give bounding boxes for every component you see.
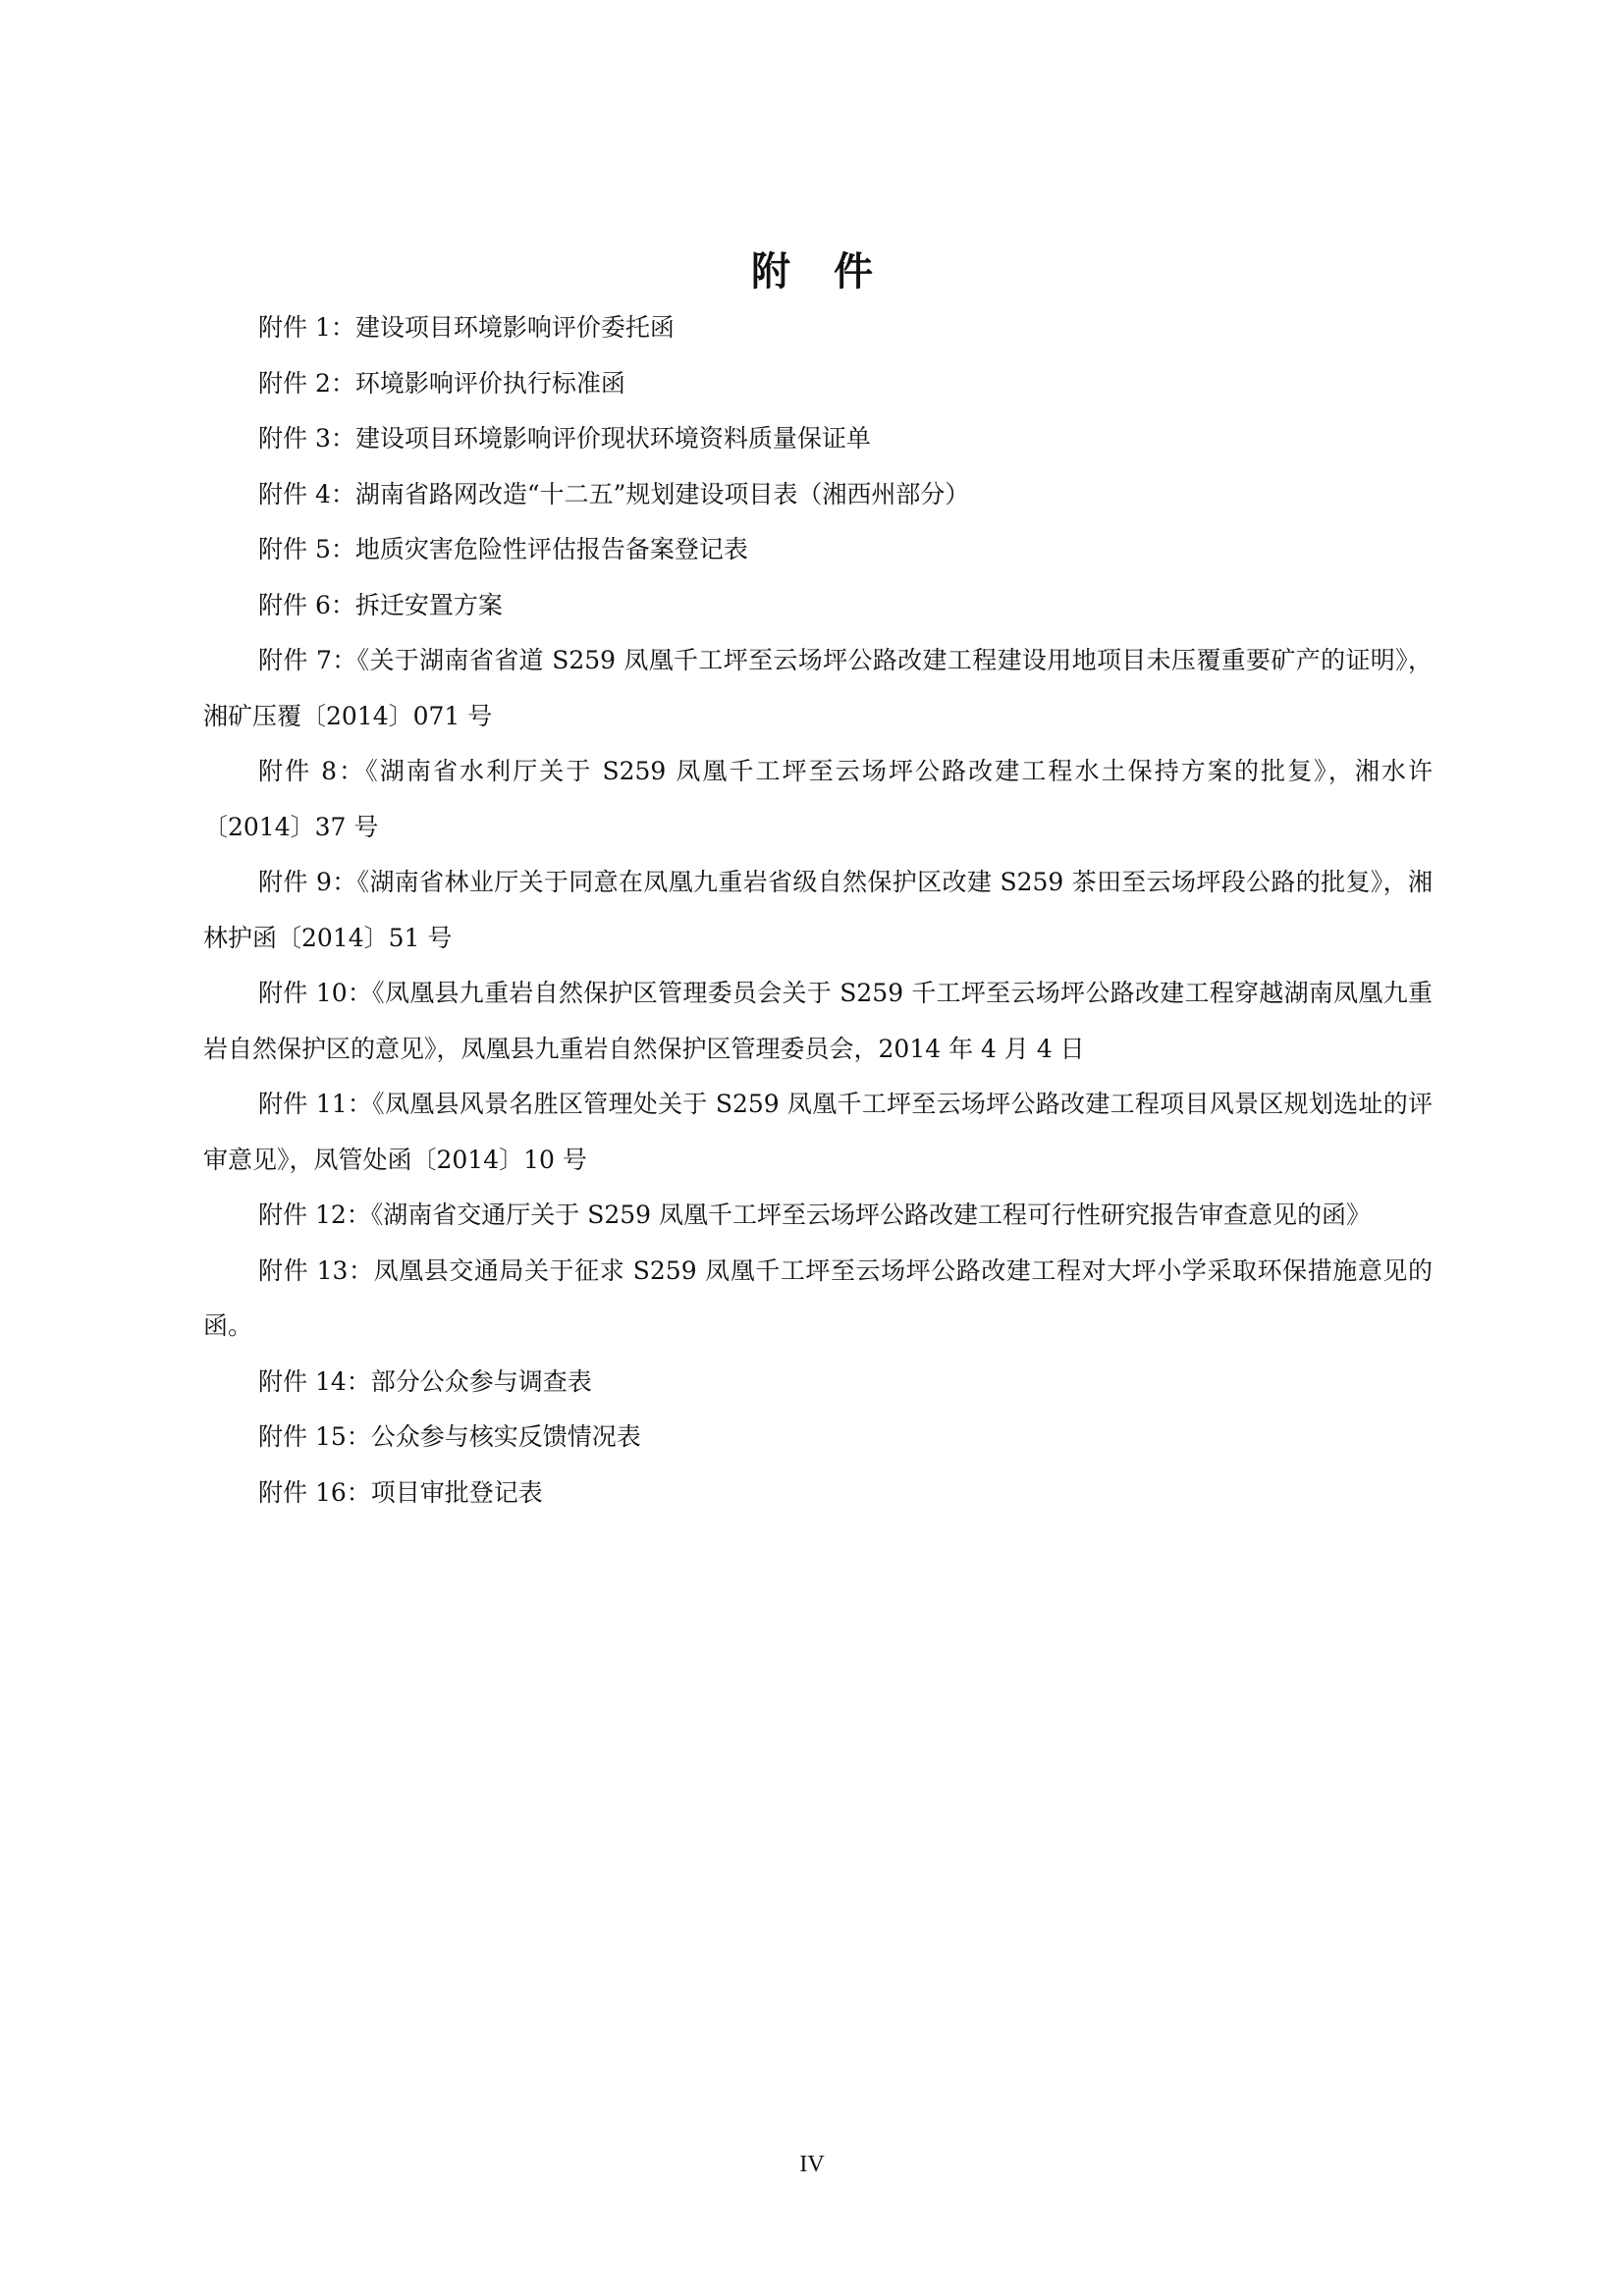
attachment-text: 项目审批登记表: [371, 1478, 543, 1507]
attachment-text: 湖南省路网改造“十二五”规划建设项目表（湘西州部分）: [355, 480, 970, 508]
attachment-label: 附件 4：: [258, 480, 355, 508]
attachment-text: 拆迁安置方案: [355, 591, 503, 619]
attachment-text: 公众参与核实反馈情况表: [371, 1422, 641, 1451]
attachment-item-8: 附件 8：《湖南省水利厅关于 S259 凤凰千工坪至云场坪公路改建工程水土保持方…: [203, 744, 1433, 855]
attachment-label: 附件 8：: [258, 757, 365, 785]
attachment-label: 附件 13：: [258, 1256, 374, 1285]
attachment-label: 附件 5：: [258, 535, 355, 563]
attachment-text: 《湖南省林业厅关于同意在凤凰九重岩省级自然保护区改建 S259 茶田至云场坪段公…: [203, 868, 1433, 952]
attachment-item-6: 附件 6：拆迁安置方案: [203, 578, 1433, 634]
attachment-label: 附件 6：: [258, 591, 355, 619]
attachment-label: 附件 1：: [258, 313, 355, 342]
attachment-label: 附件 11：: [258, 1090, 372, 1118]
page-number: IV: [0, 2152, 1624, 2178]
attachment-label: 附件 3：: [258, 424, 355, 453]
attachment-item-4: 附件 4：湖南省路网改造“十二五”规划建设项目表（湘西州部分）: [203, 467, 1433, 523]
attachment-label: 附件 12：: [258, 1201, 371, 1229]
attachment-text: 建设项目环境影响评价委托函: [355, 313, 675, 342]
attachment-item-16: 附件 16：项目审批登记表: [203, 1466, 1433, 1522]
attachment-label: 附件 2：: [258, 369, 355, 398]
attachment-item-3: 附件 3：建设项目环境影响评价现状环境资料质量保证单: [203, 411, 1433, 467]
attachment-item-14: 附件 14：部分公众参与调查表: [203, 1355, 1433, 1411]
attachment-text: 《凤凰县九重岩自然保护区管理委员会关于 S259 千工坪至云场坪公路改建工程穿越…: [203, 979, 1433, 1063]
attachment-label: 附件 15：: [258, 1422, 371, 1451]
attachment-label: 附件 7：: [258, 646, 357, 674]
title-char-2: 件: [834, 248, 873, 294]
attachment-item-9: 附件 9：《湖南省林业厅关于同意在凤凰九重岩省级自然保护区改建 S259 茶田至…: [203, 855, 1433, 966]
attachment-item-11: 附件 11：《凤凰县风景名胜区管理处关于 S259 凤凰千工坪至云场坪公路改建工…: [203, 1077, 1433, 1188]
attachment-item-12: 附件 12：《湖南省交通厅关于 S259 凤凰千工坪至云场坪公路改建工程可行性研…: [203, 1188, 1433, 1244]
attachment-text: 《关于湖南省省道 S259 凤凰千工坪至云场坪公路改建工程建设用地项目未压覆重要…: [203, 646, 1433, 730]
title-char-1: 附: [751, 248, 790, 294]
attachment-item-10: 附件 10：《凤凰县九重岩自然保护区管理委员会关于 S259 千工坪至云场坪公路…: [203, 966, 1433, 1077]
attachment-label: 附件 14：: [258, 1367, 371, 1396]
attachment-label: 附件 9：: [258, 868, 357, 896]
attachment-text: 《湖南省交通厅关于 S259 凤凰千工坪至云场坪公路改建工程可行性研究报告审查意…: [371, 1201, 1371, 1229]
attachment-text: 《凤凰县风景名胜区管理处关于 S259 凤凰千工坪至云场坪公路改建工程项目风景区…: [203, 1090, 1433, 1174]
attachment-label: 附件 16：: [258, 1478, 371, 1507]
attachment-text: 部分公众参与调查表: [371, 1367, 592, 1396]
attachment-item-5: 附件 5：地质灾害危险性评估报告备案登记表: [203, 522, 1433, 578]
attachment-item-1: 附件 1：建设项目环境影响评价委托函: [203, 300, 1433, 356]
document-page: 附件 附件 1：建设项目环境影响评价委托函 附件 2：环境影响评价执行标准函 附…: [0, 0, 1624, 2296]
page-title: 附件: [0, 244, 1624, 299]
attachment-text: 凤凰县交通局关于征求 S259 凤凰千工坪至云场坪公路改建工程对大坪小学采取环保…: [203, 1256, 1433, 1341]
attachment-item-2: 附件 2：环境影响评价执行标准函: [203, 356, 1433, 412]
attachment-item-13: 附件 13：凤凰县交通局关于征求 S259 凤凰千工坪至云场坪公路改建工程对大坪…: [203, 1244, 1433, 1355]
attachment-text: 《湖南省水利厅关于 S259 凤凰千工坪至云场坪公路改建工程水土保持方案的批复》…: [203, 757, 1433, 841]
attachment-label: 附件 10：: [258, 979, 372, 1007]
attachment-item-7: 附件 7：《关于湖南省省道 S259 凤凰千工坪至云场坪公路改建工程建设用地项目…: [203, 633, 1433, 744]
attachment-text: 环境影响评价执行标准函: [355, 369, 625, 398]
attachment-text: 地质灾害危险性评估报告备案登记表: [355, 535, 748, 563]
attachment-item-15: 附件 15：公众参与核实反馈情况表: [203, 1410, 1433, 1466]
attachment-text: 建设项目环境影响评价现状环境资料质量保证单: [355, 424, 871, 453]
attachment-list: 附件 1：建设项目环境影响评价委托函 附件 2：环境影响评价执行标准函 附件 3…: [203, 300, 1433, 1521]
